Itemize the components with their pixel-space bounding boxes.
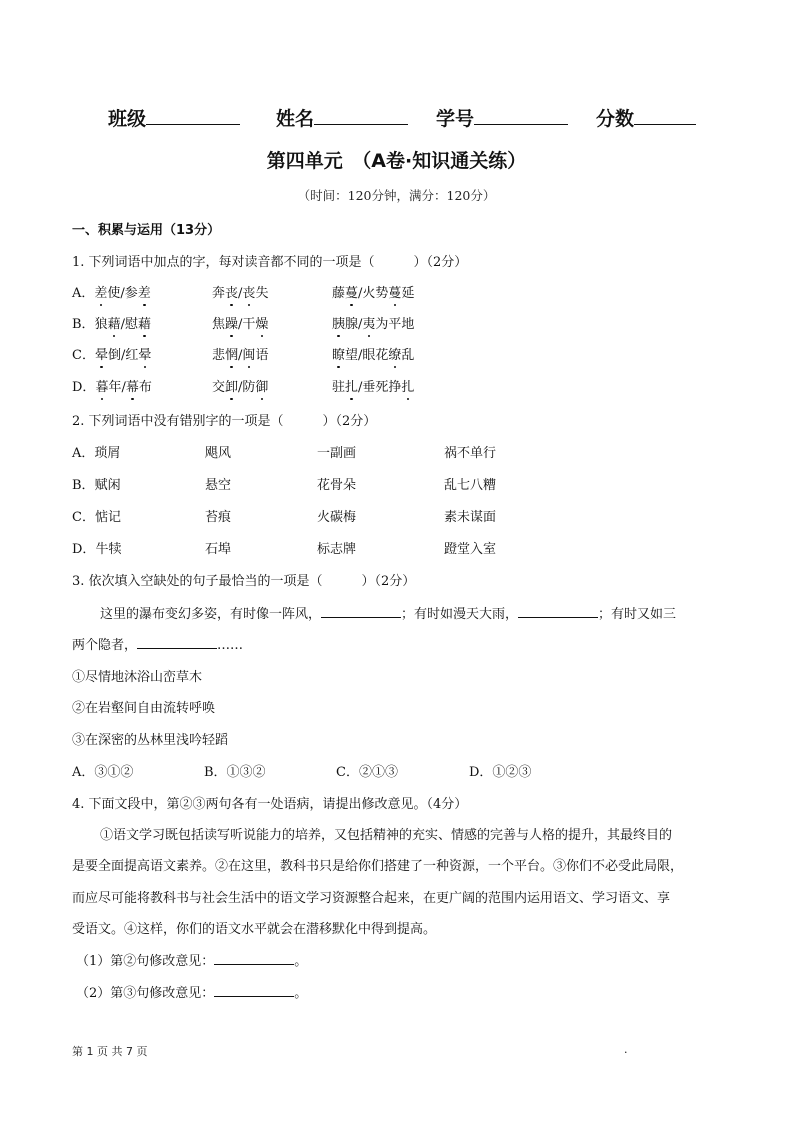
q2-d-item2: 石埠: [205, 538, 231, 557]
question-2-stem: 2. 下列词语中没有错别字的一项是（ ）（2分）: [72, 410, 376, 429]
q4-passage-line2: 是要全面提高语文素养。②在这里，教科书只是给你们搭建了一种资源，一个平台。③你们…: [72, 855, 683, 874]
question-1-stem: 1. 下列词语中加点的字，每对读音都不同的一项是（ ）（2分）: [72, 251, 467, 270]
question-4-stem: 4. 下面文段中，第②③两句各有一处语病，请提出修改意见。（4分）: [72, 793, 467, 812]
q2-a-item2: 飓风: [205, 442, 231, 461]
student-id-blank[interactable]: [474, 106, 568, 125]
score-blank[interactable]: [634, 106, 696, 125]
q3-option-d[interactable]: D．①②③: [469, 761, 531, 780]
q1-option-c[interactable]: C．晕倒/红晕: [72, 344, 151, 363]
q3-sentence-3: ③在深密的丛林里浅吟轻蹈: [72, 729, 228, 748]
page-title: 第四单元 （A卷·知识通关练）: [0, 146, 793, 173]
q2-a-item4: 祸不单行: [444, 442, 496, 461]
q2-b-item4: 乱七八糟: [444, 474, 496, 493]
name-label: 姓名: [276, 108, 314, 130]
q1-option-c-word3: 瞭望/眼花缭乱: [332, 344, 414, 363]
q3-option-a[interactable]: A．③①②: [72, 761, 133, 780]
q1-option-a-word2: 奔丧/丧失: [212, 282, 268, 301]
q4-passage-line3: 而应尽可能将教科书与社会生活中的语文学习资源整合起来，在更广阔的范围内运用语文、…: [72, 887, 670, 906]
q1-option-d[interactable]: D．暮年/幕布: [72, 376, 152, 395]
q1-option-a[interactable]: A．差使/参差: [72, 282, 151, 301]
class-label: 班级: [108, 108, 146, 130]
q4-sub-question-2: （2）第③句修改意见：。: [76, 982, 307, 1001]
q4-passage-line1: ①语文学习既包括读写听说能力的培养，又包括精神的充实、情感的完善与人格的提升，其…: [100, 824, 672, 843]
q2-c-item2: 苔痕: [205, 506, 231, 525]
q2-c-item4: 素未谋面: [444, 506, 496, 525]
q2-option-c[interactable]: C．惦记: [72, 506, 121, 525]
section-heading: 一、积累与运用（13分）: [72, 219, 220, 238]
q2-option-d[interactable]: D．牛犊: [72, 538, 121, 557]
question-3-stem: 3. 依次填入空缺处的句子最恰当的一项是（ ）（2分）: [72, 570, 415, 589]
q2-option-a[interactable]: A．琐屑: [72, 442, 120, 461]
q3-blank-2[interactable]: [518, 605, 598, 618]
name-blank[interactable]: [314, 106, 408, 125]
class-field[interactable]: 班级: [108, 104, 240, 131]
q3-blank-3[interactable]: [137, 636, 217, 649]
q1-option-b[interactable]: B．狼藉/慰藉: [72, 313, 151, 332]
q1-option-c-word2: 悲惘/闽语: [212, 344, 268, 363]
q3-passage-line1: 这里的瀑布变幻多姿，有时像一阵风，；有时如漫天大雨，；有时又如三: [100, 603, 676, 622]
q2-option-b[interactable]: B．赋闲: [72, 474, 121, 493]
q4-answer-2[interactable]: [214, 984, 294, 997]
page-number: 第 1 页 共 7 页: [72, 1043, 147, 1059]
footer-dot: .: [624, 1043, 628, 1056]
q1-option-b-word3: 胰腺/夷为平地: [332, 313, 414, 332]
score-label: 分数: [596, 108, 634, 130]
q1-option-d-word2: 交卸/防御: [212, 376, 268, 395]
student-id-field[interactable]: 学号: [436, 104, 568, 131]
student-id-label: 学号: [436, 108, 474, 130]
q4-sub-question-1: （1）第②句修改意见：。: [76, 950, 307, 969]
q3-option-c[interactable]: C．②①③: [336, 761, 398, 780]
q3-sentence-2: ②在岩壑间自由流转呼唤: [72, 697, 215, 716]
q4-answer-1[interactable]: [214, 952, 294, 965]
q3-sentence-1: ①尽情地沐浴山峦草木: [72, 666, 202, 685]
q2-d-item3: 标志牌: [317, 538, 356, 557]
q3-blank-1[interactable]: [321, 605, 401, 618]
q1-option-b-word2: 焦躁/干燥: [212, 313, 268, 332]
q1-option-a-word3: 藤蔓/火势蔓延: [332, 282, 414, 301]
q2-b-item3: 花骨朵: [317, 474, 356, 493]
q2-d-item4: 蹬堂入室: [444, 538, 496, 557]
q2-c-item3: 火碳梅: [317, 506, 356, 525]
class-blank[interactable]: [146, 106, 240, 125]
name-field[interactable]: 姓名: [276, 104, 408, 131]
q4-passage-line4: 受语文。④这样，你们的语文水平就会在潜移默化中得到提高。: [72, 918, 436, 937]
q3-passage-line2: 两个隐者，……: [72, 634, 243, 653]
q2-b-item2: 悬空: [205, 474, 231, 493]
score-field[interactable]: 分数: [596, 104, 696, 131]
exam-info: （时间：120分钟，满分：120分）: [0, 186, 793, 204]
q3-option-b[interactable]: B．①③②: [204, 761, 266, 780]
q1-option-d-word3: 驻扎/垂死挣扎: [332, 376, 414, 395]
q2-a-item3: 一副画: [317, 442, 356, 461]
